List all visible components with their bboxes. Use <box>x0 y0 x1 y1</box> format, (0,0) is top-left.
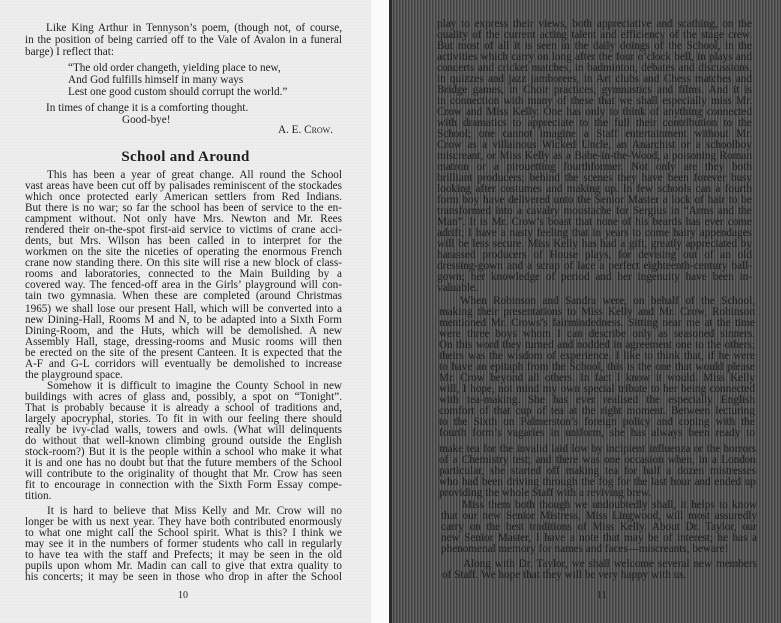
quote-line: Lest one good custom should corrupt the … <box>68 86 287 98</box>
text-line: tition. <box>25 490 342 502</box>
text-line: of Staff. We hope that they will be very… <box>442 569 758 581</box>
text-line: Like King Arthur in Tennyson’s poem, (th… <box>46 22 342 34</box>
section-heading: School and Around <box>0 149 371 166</box>
page-gap <box>371 0 390 623</box>
book-gutter <box>389 0 392 623</box>
text-line: in the position of being carried off to … <box>25 34 342 46</box>
page-number: 10 <box>178 590 188 601</box>
book-spread: Like King Arthur in Tennyson’s poem, (th… <box>0 0 781 623</box>
right-page: play to express their views, both apprec… <box>390 0 781 623</box>
left-page: Like King Arthur in Tennyson’s poem, (th… <box>0 0 371 623</box>
farewell: Good-bye! <box>122 114 170 126</box>
quote-line: “The old order changeth, yielding place … <box>68 62 281 74</box>
quote-line: And God fulfills himself in many ways <box>68 74 243 86</box>
closing-line: In times of change it is a comforting th… <box>46 102 248 114</box>
text-line: his concerts; it may be seen in those wh… <box>25 571 342 583</box>
text-line: phenomenal memory for names and faces—mi… <box>441 543 757 555</box>
text-line: barge) I reflect that: <box>25 46 342 58</box>
text-line: fourth form’s vagaries in uniform, she h… <box>439 427 755 439</box>
signature: A. E. Crow. <box>278 124 333 136</box>
text-line: tain two gymnasia. When these are comple… <box>25 290 342 302</box>
page-number: 11 <box>597 590 607 601</box>
text-line: providing the whole Staff with a revivin… <box>439 487 756 499</box>
text-line: valuable. <box>437 282 752 294</box>
